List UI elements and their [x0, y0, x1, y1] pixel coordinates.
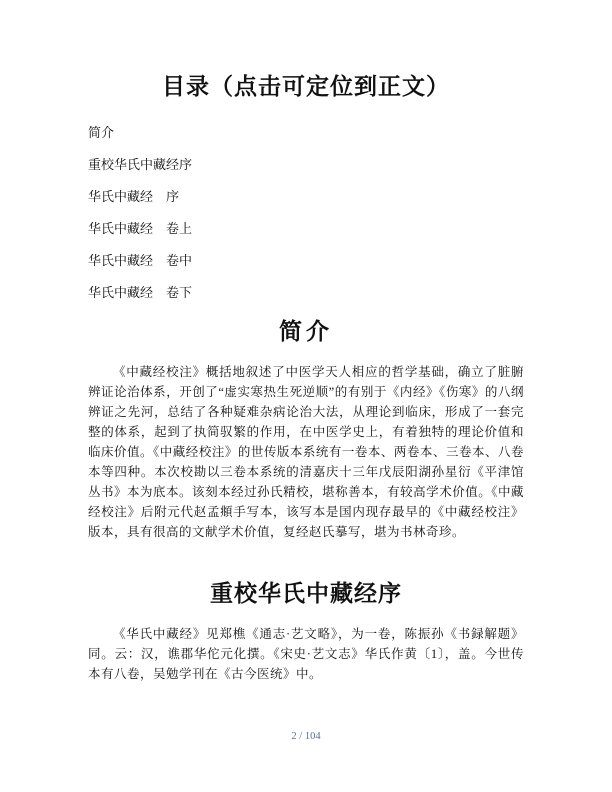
section-intro: 简介 《中藏经校注》概括地叙述了中医学天人相应的哲学基础，确立了脏腑辨证论治体系… [88, 318, 524, 542]
page-indicator: 2 / 104 [0, 731, 612, 742]
toc-item-preface-recollated[interactable]: 重校华氏中藏经序 [88, 158, 524, 172]
toc-item-preface[interactable]: 华氏中藏经 序 [88, 190, 524, 204]
toc-list: 简介 重校华氏中藏经序 华氏中藏经 序 华氏中藏经 卷上 华氏中藏经 卷中 华氏… [88, 126, 524, 300]
section-intro-body: 《中藏经校注》概括地叙述了中医学天人相应的哲学基础，确立了脏腑辨证论治体系，开创… [88, 362, 524, 542]
toc-item-volume-2[interactable]: 华氏中藏经 卷中 [88, 254, 524, 268]
section-intro-heading: 简介 [88, 318, 524, 345]
document-page: 目录（点击可定位到正文） 简介 重校华氏中藏经序 华氏中藏经 序 华氏中藏经 卷… [0, 0, 612, 792]
section-preface-heading: 重校华氏中藏经序 [88, 580, 524, 607]
toc-item-intro[interactable]: 简介 [88, 126, 524, 140]
toc-item-volume-1[interactable]: 华氏中藏经 卷上 [88, 222, 524, 236]
toc-title: 目录（点击可定位到正文） [88, 73, 524, 100]
toc-item-volume-3[interactable]: 华氏中藏经 卷下 [88, 286, 524, 300]
section-preface-body: 《华氏中藏经》见郑樵《通志·艺文略》，为一卷，陈振孙《书録解题》同。云：汉，谯郡… [88, 624, 524, 684]
section-preface: 重校华氏中藏经序 《华氏中藏经》见郑樵《通志·艺文略》，为一卷，陈振孙《书録解题… [88, 580, 524, 684]
